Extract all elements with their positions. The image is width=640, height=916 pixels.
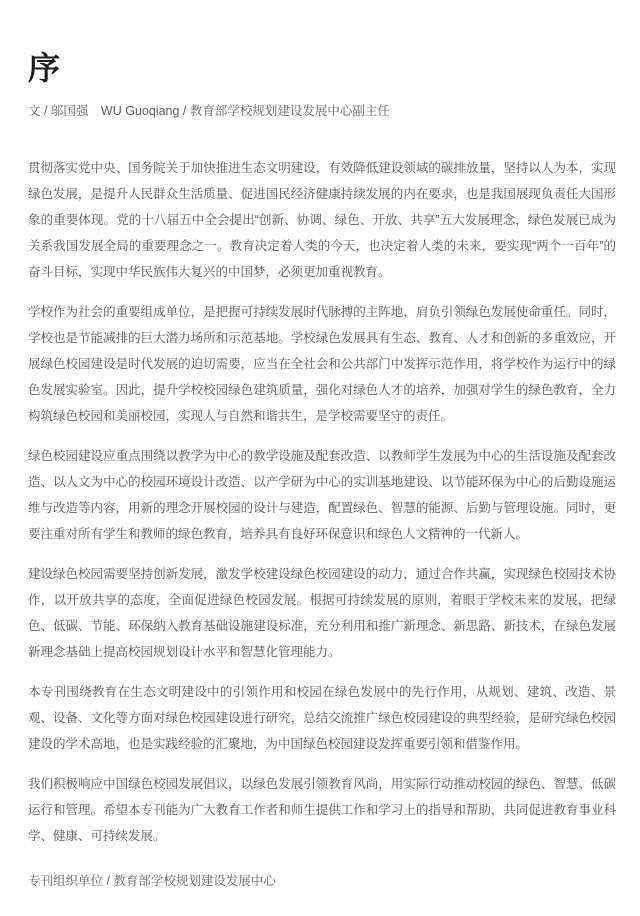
article-body: 贯彻落实党中央、国务院关于加快推进生态文明建设，有效降低建设领域的碳排放量，坚持… (28, 155, 616, 849)
article-page: 序 文 / 邬国强 WU Guoqiang / 教育部学校规划建设发展中心副主任… (0, 0, 640, 916)
byline: 文 / 邬国强 WU Guoqiang / 教育部学校规划建设发展中心副主任 (28, 103, 616, 119)
paragraph-5: 本专刊围绕教育在生态文明建设中的引领作用和校园在绿色发展中的先行作用，从规划、建… (28, 679, 616, 757)
page-title: 序 (28, 50, 616, 86)
paragraph-4: 建设绿色校园需要坚持创新发展，激发学校建设绿色校园建设的动力，通过合作共赢，实现… (28, 561, 616, 665)
paragraph-2: 学校作为社会的重要组成单位，是把握可持续发展时代脉搏的主阵地，肩负引领绿色发展使… (28, 299, 616, 429)
paragraph-3: 绿色校园建设应重点围绕以教学为中心的教学设施及配套改造、以教师学生发展为中心的生… (28, 443, 616, 547)
paragraph-1: 贯彻落实党中央、国务院关于加快推进生态文明建设，有效降低建设领域的碳排放量，坚持… (28, 155, 616, 285)
publisher-line: 专刊组织单位 / 教育部学校规划建设发展中心 (28, 873, 616, 889)
paragraph-6: 我们积极响应中国绿色校园发展倡议，以绿色发展引领教育风尚，用实际行动推动校园的绿… (28, 771, 616, 849)
